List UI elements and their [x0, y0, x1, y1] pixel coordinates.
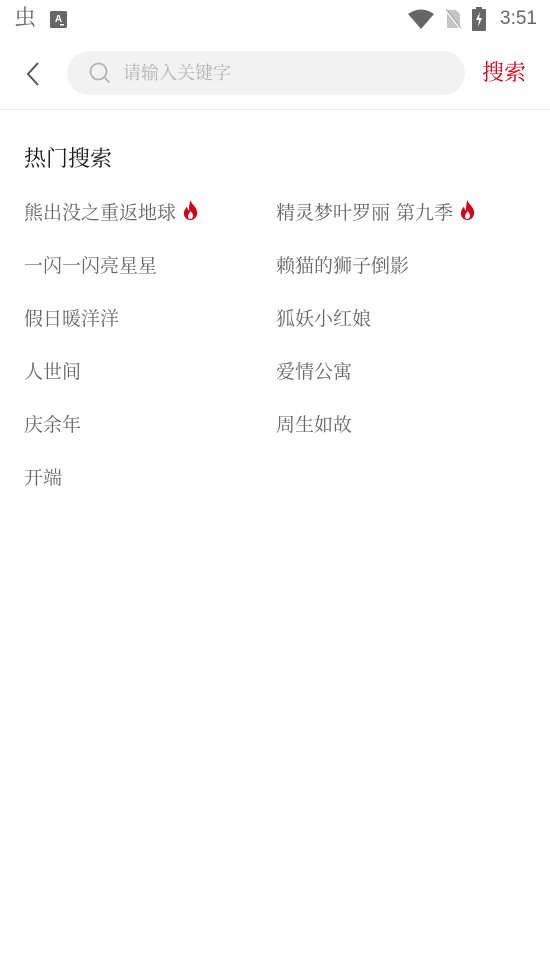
status-right: 3:51 [408, 7, 537, 31]
hot-search-item-label: 开端 [24, 463, 62, 490]
chevron-left-icon [22, 60, 46, 88]
back-button[interactable] [22, 60, 46, 88]
hot-search-item-label: 假日暖洋洋 [24, 304, 119, 331]
hot-search-item[interactable]: 爱情公寓 [276, 357, 528, 410]
status-left: 虫 A [14, 8, 67, 30]
hot-search-item-label: 人世间 [24, 357, 81, 384]
hot-search-item[interactable]: 假日暖洋洋 [24, 304, 276, 357]
search-box[interactable] [67, 51, 465, 95]
hot-search-item[interactable]: 周生如故 [276, 410, 528, 463]
hot-search-title: 热门搜索 [24, 142, 112, 173]
hot-search-item[interactable]: 赖猫的狮子倒影 [276, 251, 528, 304]
status-bar: 虫 A 3:51 [0, 0, 550, 38]
no-sim-icon [444, 8, 462, 30]
keyboard-a-icon: A [50, 11, 67, 28]
hot-search-item-label: 狐妖小红娘 [276, 304, 371, 331]
hot-search-item[interactable]: 一闪一闪亮星星 [24, 251, 276, 304]
hot-search-item[interactable]: 狐妖小红娘 [276, 304, 528, 357]
hot-search-item-label: 精灵梦叶罗丽 第九季 [276, 198, 453, 225]
hot-search-item[interactable]: 精灵梦叶罗丽 第九季 [276, 198, 528, 251]
fire-icon [459, 199, 476, 221]
hot-search-item-label: 一闪一闪亮星星 [24, 251, 157, 278]
app-notification-icon: 虫 [14, 8, 36, 30]
hot-search-item-label: 爱情公寓 [276, 357, 352, 384]
hot-search-item[interactable]: 开端 [24, 463, 276, 516]
hot-search-item[interactable]: 熊出没之重返地球 [24, 198, 276, 251]
search-header: 搜索 [0, 38, 550, 110]
search-icon [89, 62, 111, 84]
search-input[interactable] [123, 63, 423, 84]
hot-search-list: 熊出没之重返地球 精灵梦叶罗丽 第九季 一闪一闪亮星星 赖猫的狮子倒影 假日暖洋… [24, 198, 544, 516]
hot-search-item-label: 赖猫的狮子倒影 [276, 251, 409, 278]
hot-search-item[interactable]: 庆余年 [24, 410, 276, 463]
svg-text:A: A [55, 14, 62, 25]
fire-icon [182, 199, 199, 221]
hot-search-item-label: 熊出没之重返地球 [24, 198, 176, 225]
hot-search-item-label: 周生如故 [276, 410, 352, 437]
battery-charging-icon [472, 7, 486, 31]
wifi-icon [408, 9, 434, 29]
status-time: 3:51 [500, 8, 537, 30]
hot-search-item[interactable]: 人世间 [24, 357, 276, 410]
search-button[interactable]: 搜索 [482, 56, 526, 87]
hot-search-item-label: 庆余年 [24, 410, 81, 437]
